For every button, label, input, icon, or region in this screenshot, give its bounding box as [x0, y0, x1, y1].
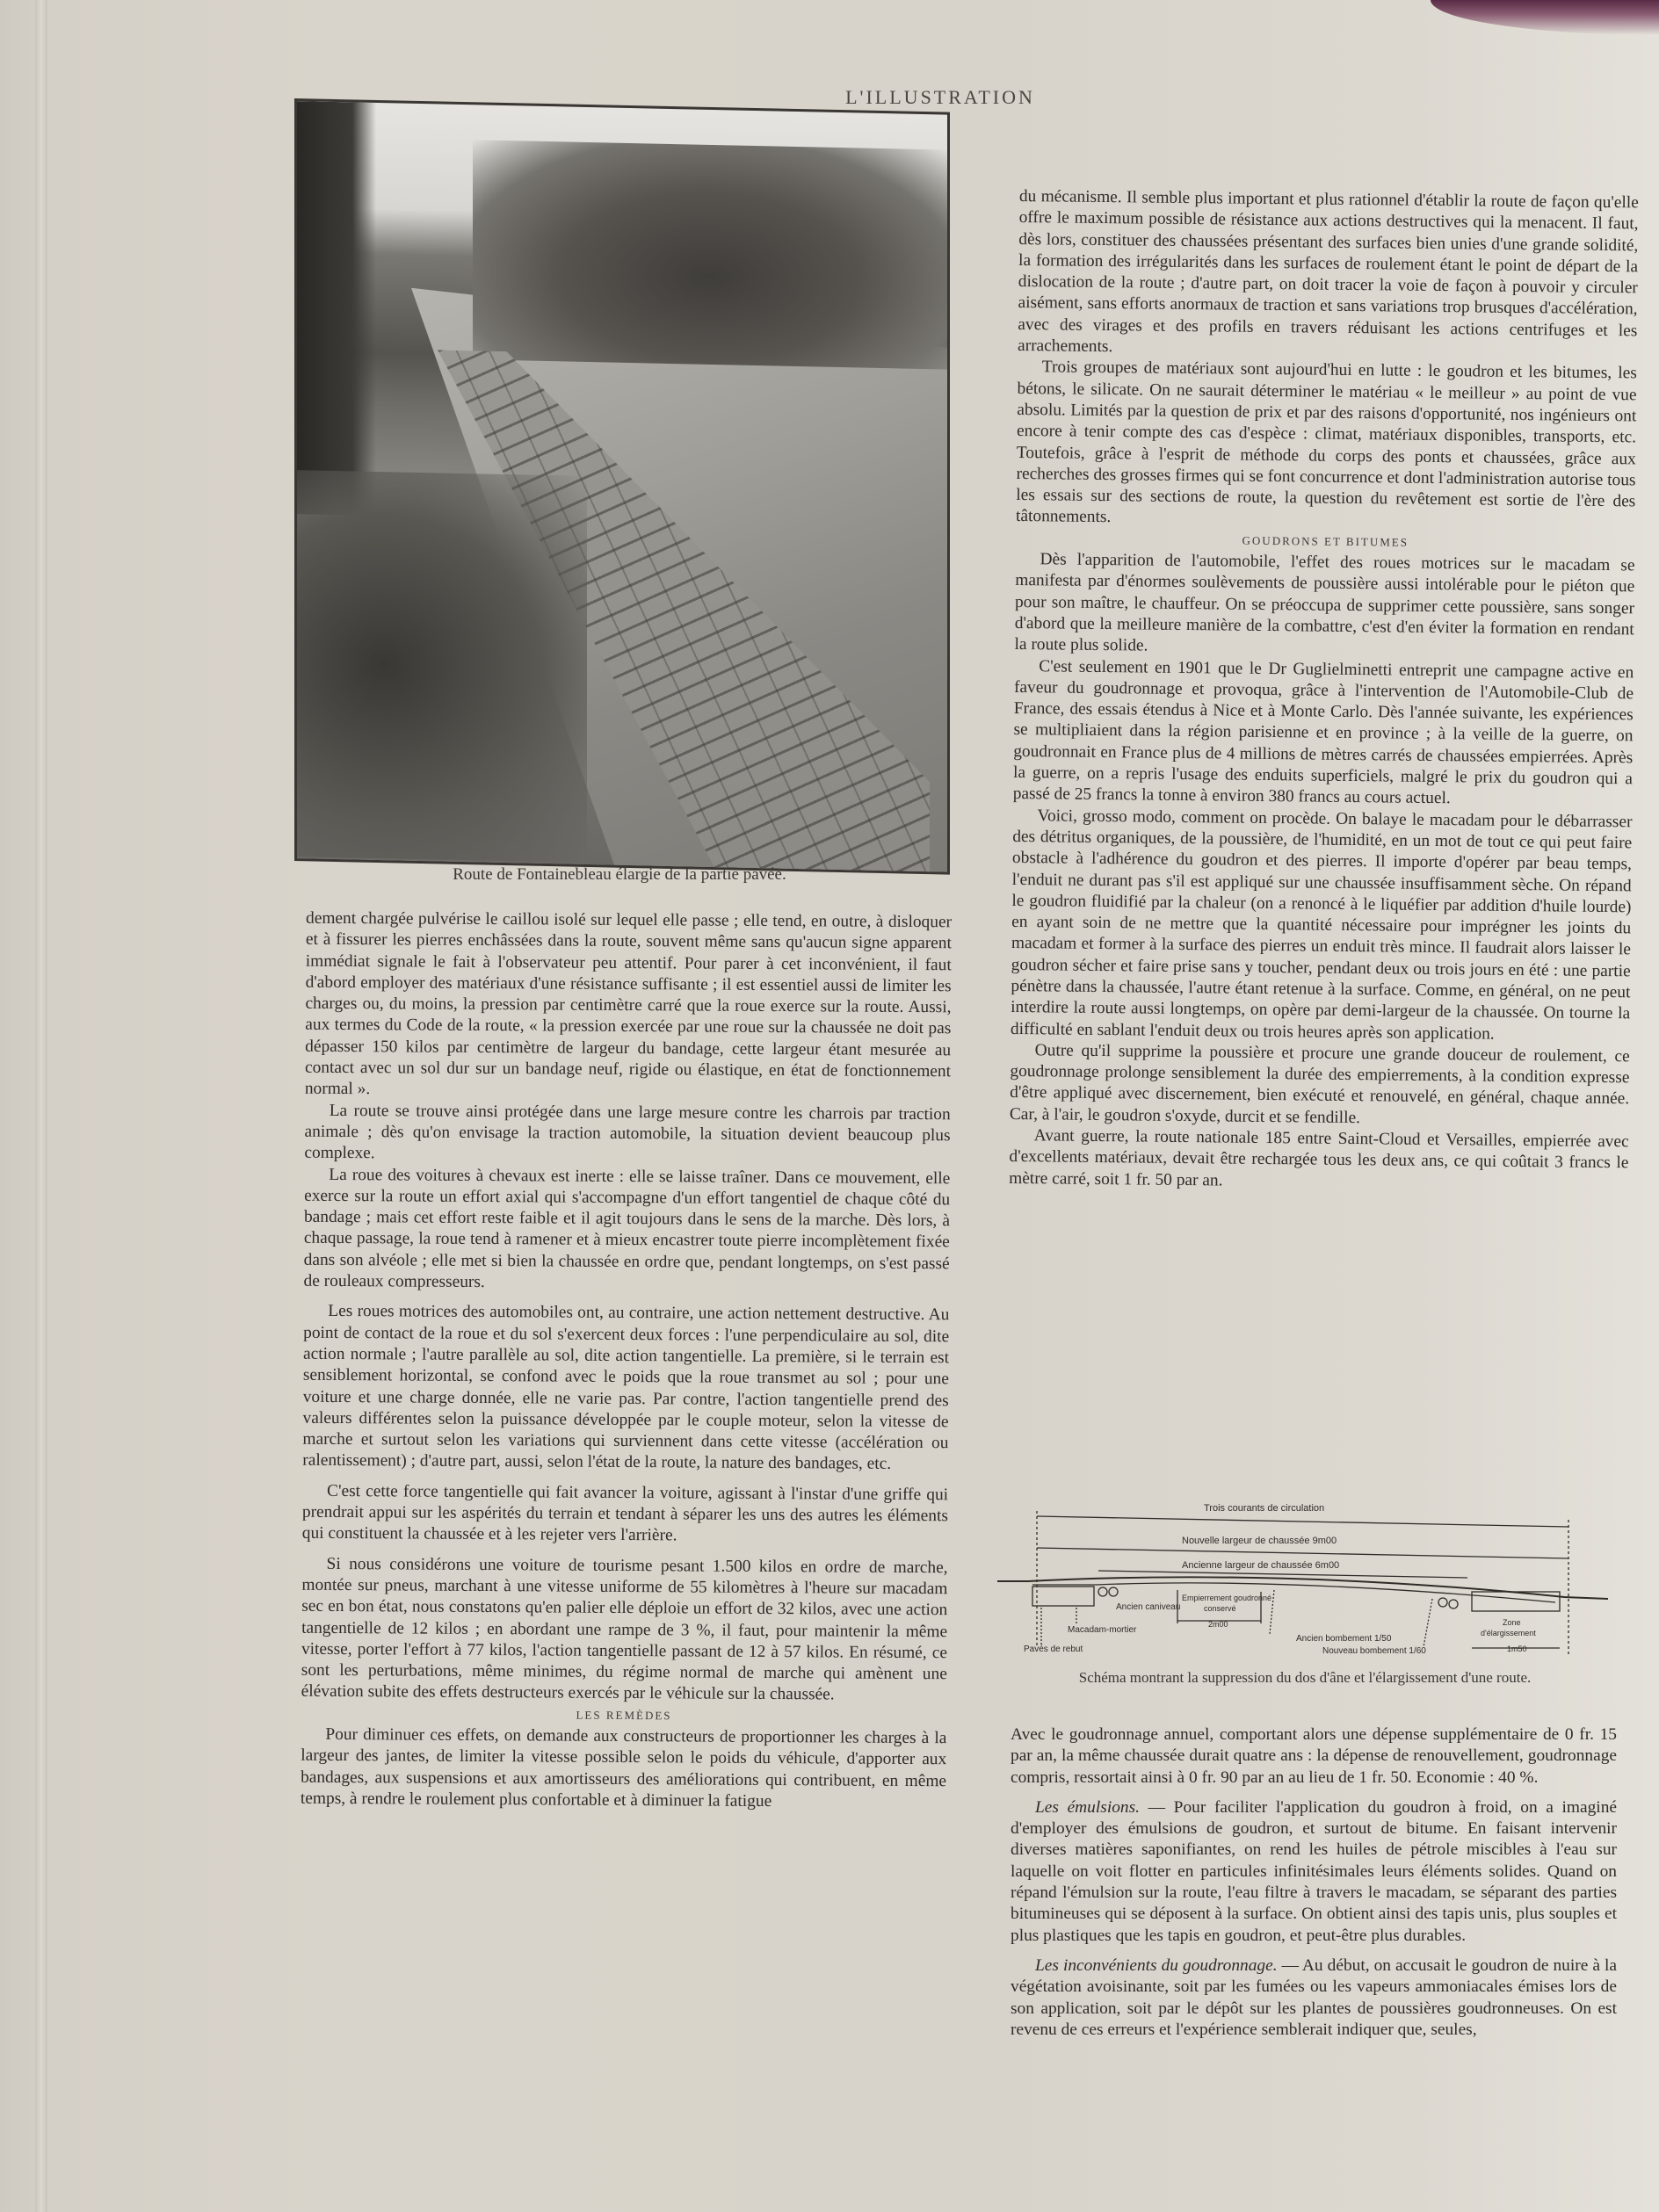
- paragraph: Pour diminuer ces effets, on demande aux…: [301, 1724, 947, 1814]
- paragraph: La roue des voitures à chevaux est inert…: [303, 1164, 950, 1296]
- running-head: L'ILLUSTRATION: [795, 86, 1085, 109]
- paragraph: du mécanisme. Il semble plus important e…: [1018, 186, 1639, 364]
- diagram-label-empierrement: Empierrement goudronné: [1182, 1594, 1271, 1602]
- diagram-label-top: Trois courants de circulation: [1204, 1503, 1324, 1514]
- diagram-label-zone: Zone: [1503, 1618, 1521, 1627]
- left-column: dement chargée pulvérise le caillou isol…: [301, 908, 952, 1814]
- paragraph: Dès l'apparition de l'automobile, l'effe…: [1014, 549, 1634, 662]
- magazine-page: L'ILLUSTRATION Route de Fontainebleau él…: [0, 0, 1659, 2212]
- diagram-caption: Schéma montrant la suppression du dos d'…: [1002, 1669, 1608, 1687]
- diagram-label-empierrement-width: 2m00: [1208, 1620, 1228, 1629]
- paragraph: Outre qu'il supprime la poussière et pro…: [1010, 1040, 1630, 1132]
- photo-trees: [473, 140, 947, 369]
- paragraph: Si nous considérons une voiture de touri…: [301, 1553, 948, 1707]
- photo-shadow: [297, 470, 587, 863]
- paragraph-emulsions: Les émulsions. — Pour faciliter l'applic…: [1011, 1797, 1617, 1947]
- emulsions-lead: Les émulsions.: [1035, 1798, 1140, 1817]
- paragraph: Avant guerre, la route nationale 185 ent…: [1009, 1125, 1629, 1196]
- inconvenients-lead: Les inconvénients du goudronnage.: [1035, 1956, 1278, 1975]
- paragraph-inconvenients: Les inconvénients du goudronnage. — Au d…: [1011, 1955, 1617, 2041]
- paragraph: Trois groupes de matériaux sont aujourd'…: [1016, 357, 1637, 534]
- road-cross-section-diagram: Trois courants de circulation Nouvelle l…: [993, 1493, 1608, 1665]
- paragraph: Les roues motrices des automobiles ont, …: [302, 1301, 949, 1476]
- photo-tree-left: [297, 101, 376, 516]
- paragraph: C'est cette force tangentielle qui fait …: [302, 1480, 948, 1548]
- page-corner-shadow: [1431, 0, 1659, 35]
- photo-caption: Route de Fontainebleau élargie de la par…: [294, 865, 945, 885]
- paragraph: Avec le goudronnage annuel, comportant a…: [1011, 1724, 1617, 1789]
- diagram-label-zone-width: 1m50: [1507, 1645, 1527, 1653]
- diagram-label-old-width: Ancienne largeur de chaussée 6m00: [1182, 1560, 1339, 1571]
- paragraph: La route se trouve ainsi protégée dans u…: [304, 1100, 950, 1167]
- diagram-label-ancien-caniveau: Ancien caniveau: [1116, 1602, 1180, 1612]
- diagram-label-conserve: conservé: [1204, 1604, 1236, 1613]
- diagram-label-paves: Pavés de rebut: [1024, 1645, 1083, 1654]
- emulsions-text: — Pour faciliter l'application du goudro…: [1011, 1798, 1617, 1945]
- paragraph: C'est seulement en 1901 que le Dr Guglie…: [1013, 656, 1634, 812]
- paragraph: dement chargée pulvérise le caillou isol…: [305, 908, 952, 1104]
- paragraph: Voici, grosso modo, comment on procède. …: [1011, 806, 1633, 1047]
- right-column-lower: Avec le goudronnage annuel, comportant a…: [1011, 1724, 1617, 2041]
- diagram-label-macadam: Macadam-mortier: [1068, 1625, 1137, 1635]
- diagram-label-elargissement: d'élargissement: [1481, 1629, 1536, 1637]
- diagram-label-new-width: Nouvelle largeur de chaussée 9m00: [1182, 1536, 1337, 1546]
- diagram-label-ancien-bombement: Ancien bombement 1/50: [1296, 1634, 1392, 1644]
- right-column: du mécanisme. Il semble plus important e…: [1009, 186, 1639, 1196]
- diagram-label-nouveau-bombement: Nouveau bombement 1/60: [1322, 1646, 1426, 1656]
- road-photograph: [294, 98, 950, 875]
- page-binding-edge: [35, 0, 47, 2212]
